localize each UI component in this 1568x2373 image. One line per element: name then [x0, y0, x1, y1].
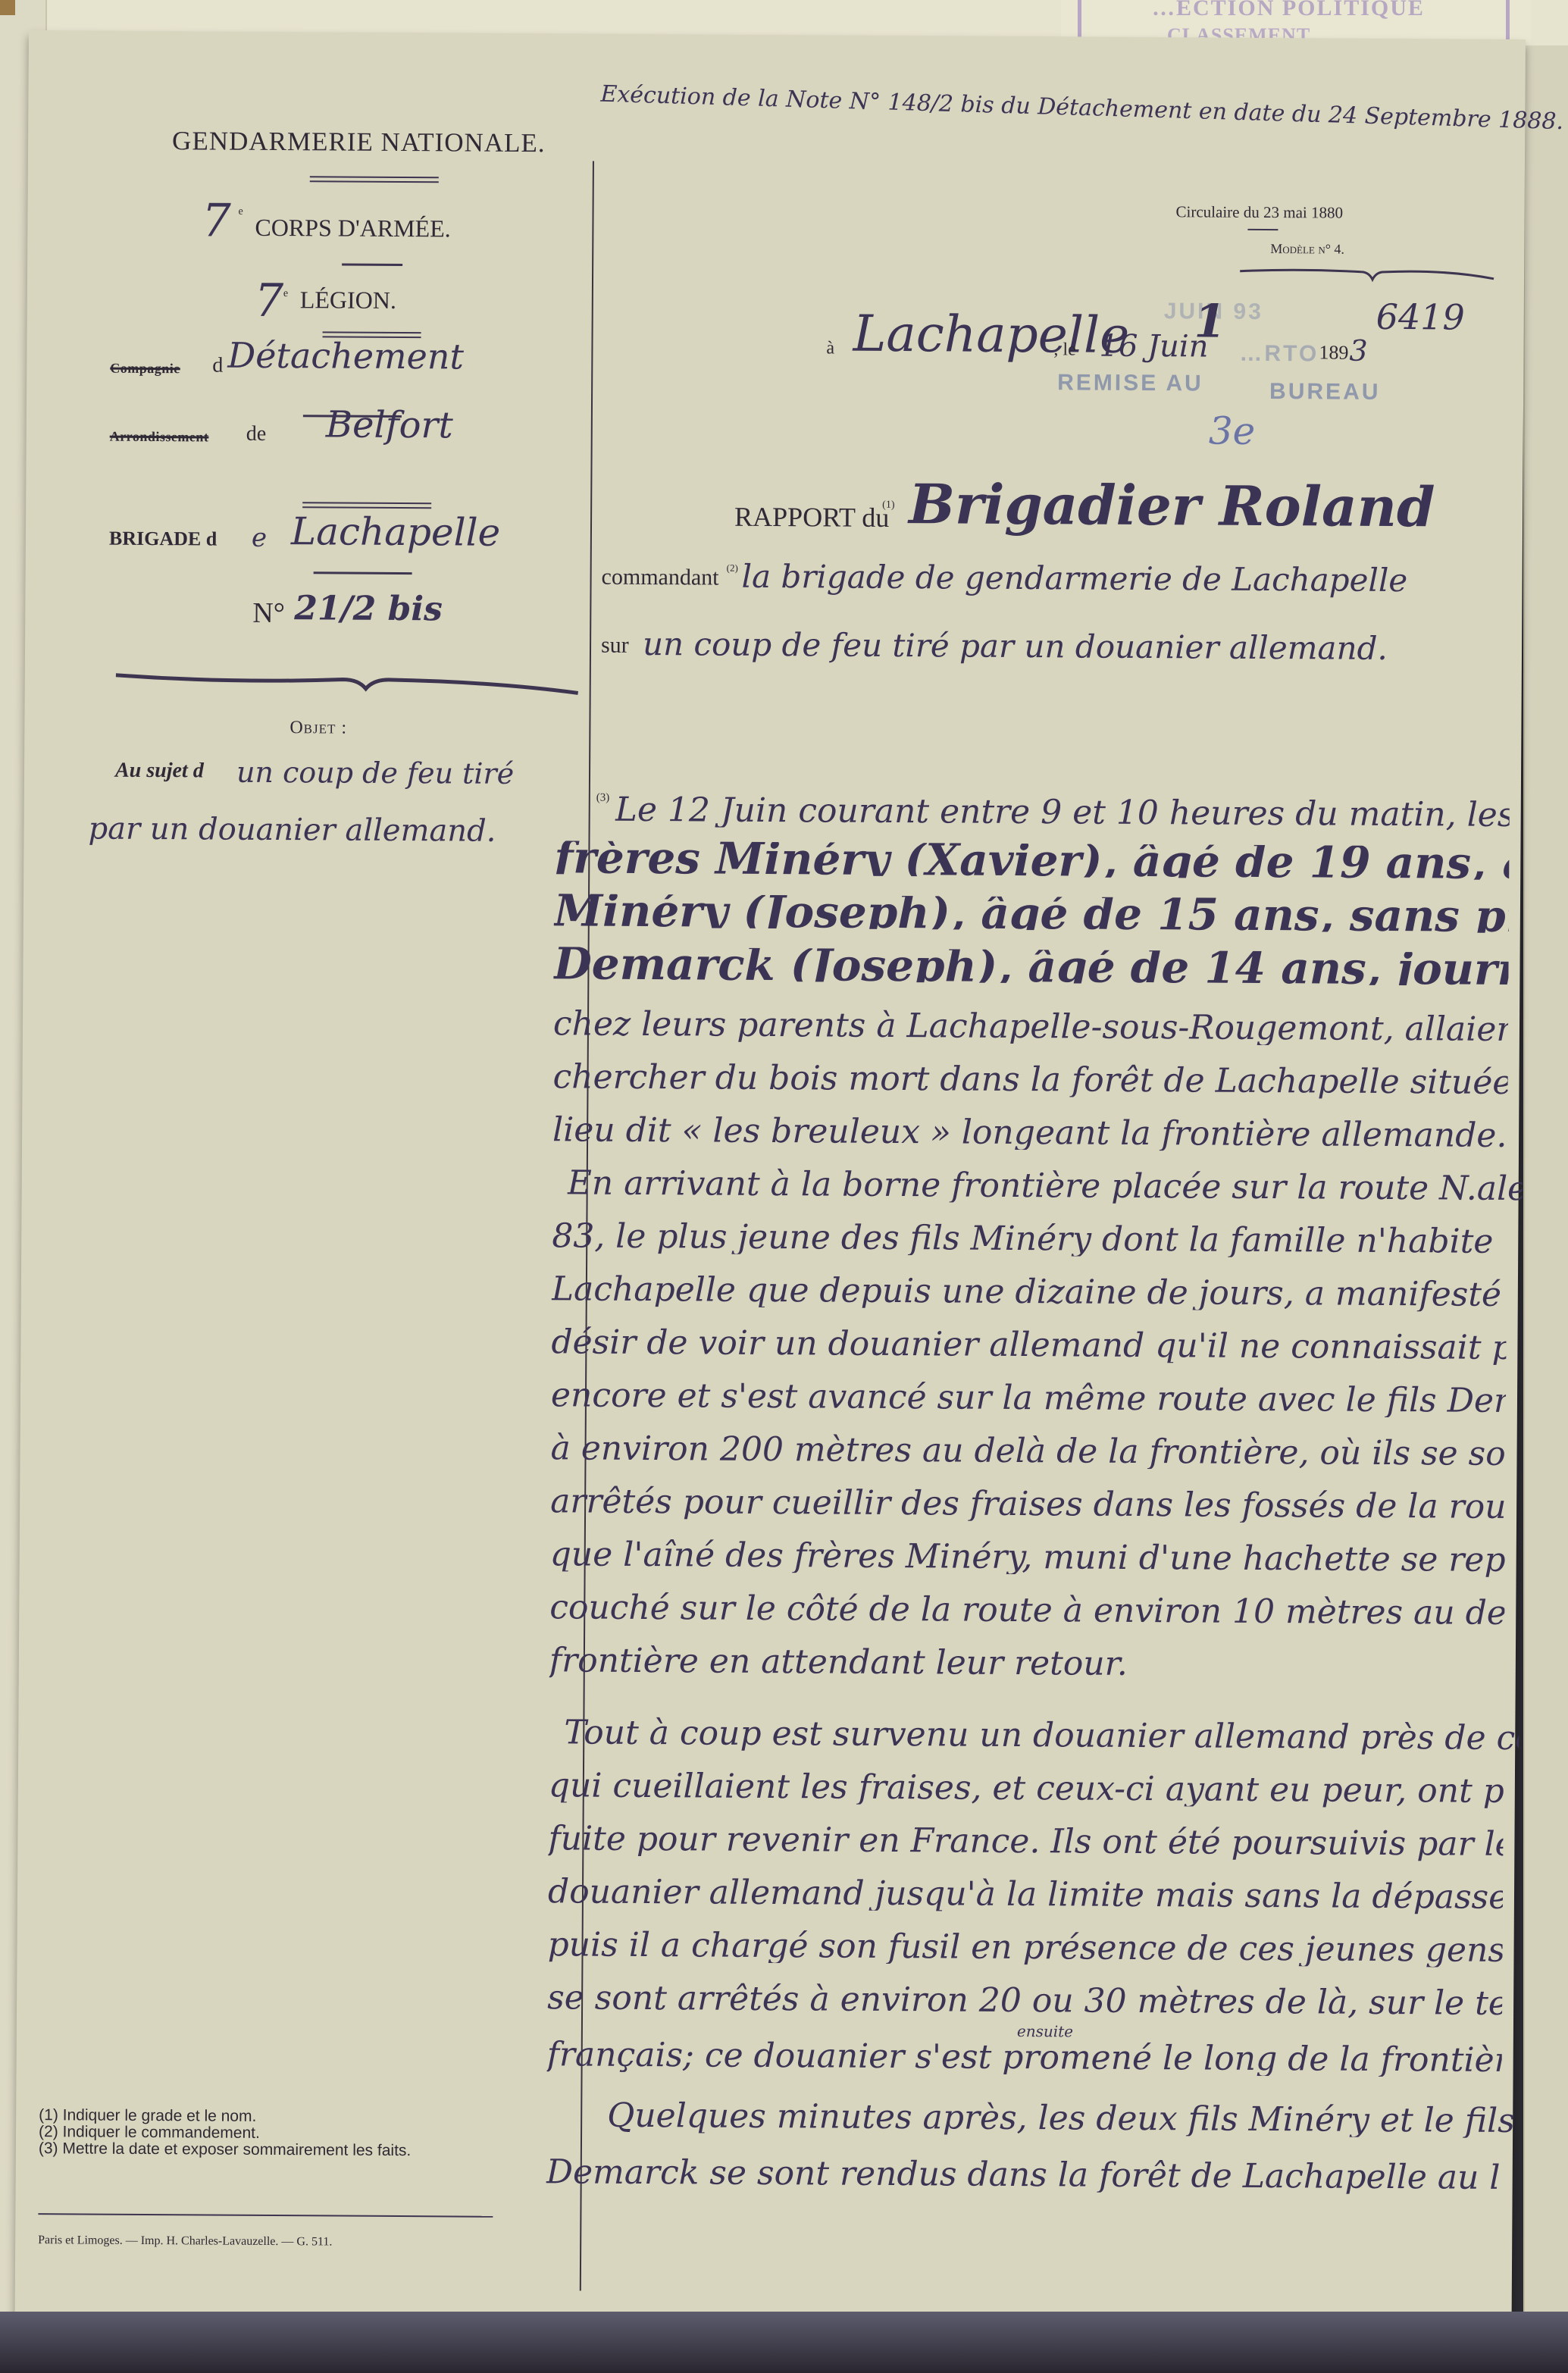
body-line: chez leurs parents à Lachapelle-sous-Rou… — [553, 1007, 1508, 1047]
imprint-rule — [38, 2213, 493, 2218]
rapport-ref: (1) — [882, 499, 894, 512]
rapport-label: RAPPORT du — [734, 501, 890, 534]
year-hand: 3 — [1349, 334, 1367, 368]
footnote-3: (3) Mettre la date et exposer sommaireme… — [39, 2140, 493, 2160]
remise-stamp: REMISE AU — [1057, 370, 1203, 396]
body-line: se sont arrêtés à environ 20 ou 30 mètre… — [547, 1981, 1502, 2021]
body-ref: (3) — [596, 792, 610, 805]
bureau-number: 3e — [1209, 409, 1256, 453]
body-line: arrêtés pour cueillir des fraises dans l… — [550, 1485, 1505, 1524]
body-line: lieu dit « les breuleux » longeant la fr… — [552, 1113, 1507, 1153]
body-line: français; ce douanier s'est promené le l… — [547, 2038, 1502, 2077]
legion-number: 7 — [255, 274, 284, 327]
body-line: que l'aîné des frères Minéry, muni d'une… — [550, 1538, 1505, 1577]
numero-label: N° — [252, 596, 285, 630]
arrondissement-label-struck: Arrondissement — [110, 429, 209, 446]
body-line: frontière en attendant leur retour. — [549, 1644, 1504, 1683]
date-le: , le — [1053, 340, 1075, 360]
brigade-prep: e — [252, 523, 267, 553]
registry-number: 6419 — [1376, 296, 1465, 338]
body-line: Demarck se sont rendus dans la forêt de … — [546, 2155, 1501, 2195]
rule — [314, 571, 412, 574]
body-line: encore et s'est avancé sur la même route… — [551, 1379, 1506, 1418]
adjacent-page-edge — [1523, 45, 1568, 2319]
arrondissement-value: Belfort — [326, 403, 453, 446]
body-line: Minéry (Joseph), âgé de 15 ans, sans pro… — [554, 894, 1509, 933]
date-day-month: 16 Juin — [1099, 329, 1208, 365]
body-line: qui cueillaient les fraises, et ceux-ci … — [549, 1769, 1504, 1808]
body-line: Demarck (Joseph), âgé de 14 ans, journal… — [553, 947, 1508, 986]
body-line: chercher du bois mort dans la forêt de L… — [552, 1060, 1507, 1100]
sur-label: sur — [601, 633, 629, 659]
commandant-label: commandant — [602, 565, 719, 591]
double-rule — [302, 502, 431, 509]
ornamental-flourish — [116, 668, 586, 701]
rule — [342, 264, 402, 266]
body-line: frères Minéry (Xavier), âgé de 19 ans, g… — [554, 841, 1509, 880]
place-value: Lachapelle — [853, 305, 1129, 365]
report-form-page: Exécution de la Note N° 148/2 bis du Dét… — [14, 30, 1525, 2336]
objet-hand-line1: un coup de feu tiré — [236, 756, 514, 790]
commandant-ref: (2) — [727, 562, 738, 574]
printer-imprint: Paris et Limoges. — Imp. H. Charles-Lava… — [38, 2232, 332, 2250]
rule — [1247, 229, 1278, 230]
numero-value: 21/2 bis — [294, 589, 443, 628]
modele-bracket — [1240, 265, 1498, 286]
body-line: à environ 200 mètres au delà de la front… — [550, 1432, 1505, 1471]
sur-value: un coup de feu tiré par un douanier alle… — [643, 625, 1388, 667]
compagnie-value: Détachement — [227, 335, 464, 377]
objet-label: Objet : — [290, 718, 347, 738]
legion-label: LÉGION. — [300, 286, 396, 315]
objet-hand-line2: par un douanier allemand. — [88, 812, 496, 849]
body-line: désir de voir un douanier allemand qu'il… — [551, 1326, 1506, 1365]
body-line: 83, le plus jeune des fils Minéry dont l… — [552, 1219, 1507, 1259]
corps-suffix: e — [238, 206, 243, 218]
body-line: puis il a chargé son fusil en présence d… — [547, 1928, 1502, 1968]
body-line: fuite pour revenir en France. Ils ont ét… — [548, 1822, 1503, 1861]
objet-printed: Au sujet d — [115, 759, 204, 784]
received-stamp-partial: …RTO — [1239, 341, 1319, 368]
body-line: Lachapelle que depuis une dizaine de jou… — [552, 1273, 1507, 1312]
arrondissement-prep: de — [246, 422, 267, 446]
body-line: Tout à coup est survenu un douanier alle… — [564, 1716, 1519, 1755]
corps-label: CORPS D'ARMÉE. — [255, 214, 450, 243]
brigade-value: Lachapelle — [291, 509, 501, 555]
circulaire-reference: Circulaire du 23 mai 1880 — [1175, 202, 1343, 222]
commandant-value: la brigade de gendarmerie de Lachapelle — [741, 558, 1407, 599]
body-line: douanier allemand jusqu'à la limite mais… — [548, 1875, 1503, 1914]
footnotes: (1) Indiquer le grade et le nom. (2) Ind… — [39, 2107, 493, 2160]
desk-corner — [0, 0, 15, 15]
body-line: Le 12 Juin courant entre 9 et 10 heures … — [615, 794, 1510, 832]
brigade-label: BRIGADE d — [109, 528, 218, 551]
desk-shadow — [0, 2312, 1568, 2373]
corps-number: 7 — [202, 194, 231, 247]
classement-stamp-line1: …ECTION POLITIQUE — [1152, 0, 1425, 21]
interlinear-insertion: ensuite — [1017, 2022, 1073, 2040]
compagnie-label-struck: Compagnie — [110, 361, 180, 377]
body-line: couché sur le côté de la route à environ… — [549, 1591, 1504, 1630]
place-prefix: à — [826, 338, 834, 358]
report-author: Brigadier Roland — [909, 471, 1435, 539]
compagnie-prep: d — [212, 353, 223, 377]
year-printed: 189 — [1319, 341, 1348, 364]
execution-annotation: Exécution de la Note N° 148/2 bis du Dét… — [600, 81, 1564, 136]
body-line: En arrivant à la borne frontière placée … — [568, 1166, 1523, 1206]
legion-suffix: e — [283, 288, 288, 300]
double-rule — [310, 176, 439, 183]
body-line: Quelques minutes après, les deux fils Mi… — [607, 2099, 1562, 2139]
org-title: GENDARMERIE NATIONALE. — [172, 126, 546, 158]
bureau-stamp: BUREAU — [1269, 379, 1381, 405]
modele-reference: Modèle n° 4. — [1270, 241, 1344, 258]
